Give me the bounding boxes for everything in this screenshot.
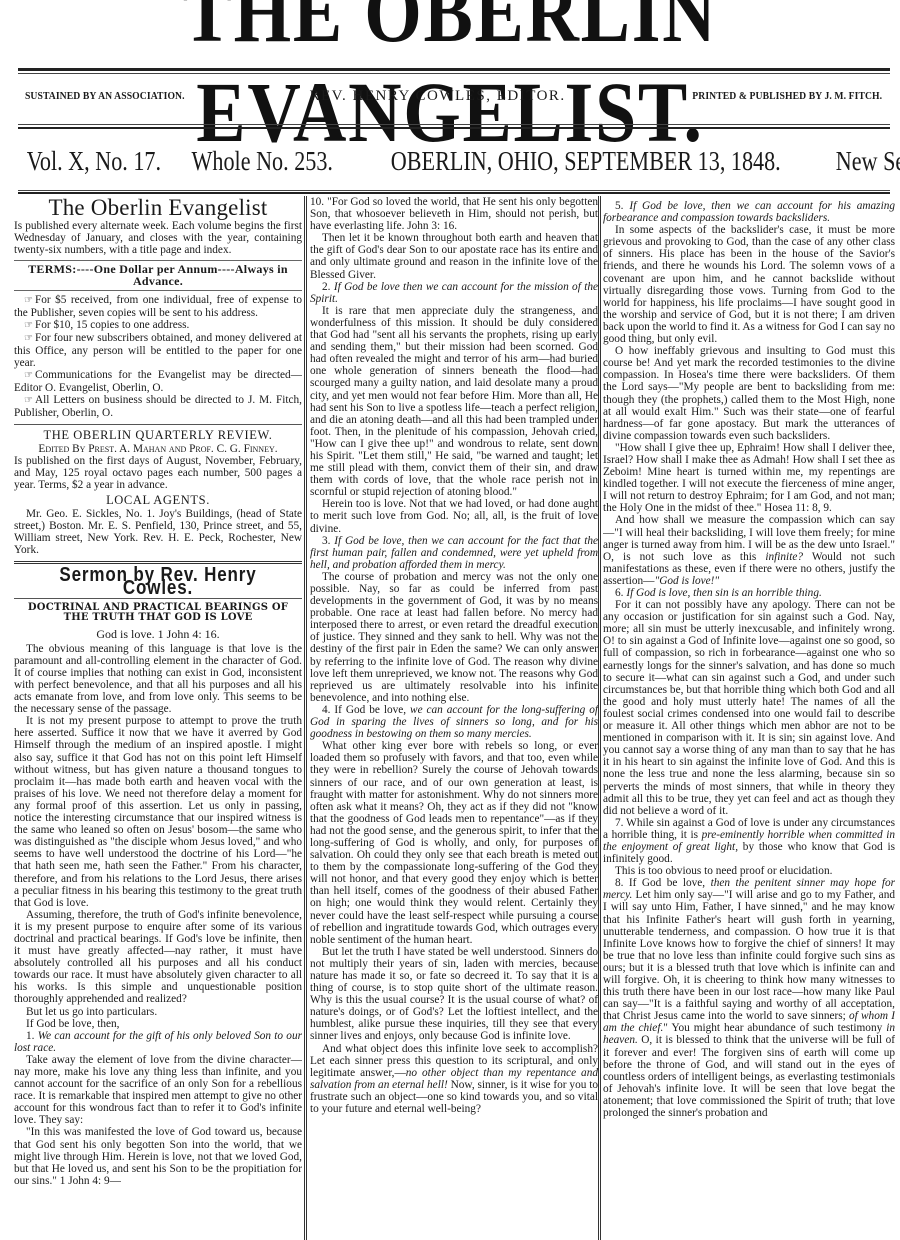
pointing-hand-icon: ☞ [24, 395, 33, 406]
paragraph: But let us go into particulars. [14, 1006, 302, 1018]
column-3: 5. If God be love, then we can account f… [603, 196, 895, 1240]
paragraph: Assuming, therefore, the truth of God's … [14, 909, 302, 1006]
sermon-subtitle: DOCTRINAL AND PRACTICAL BEARINGS OF THE … [20, 603, 296, 624]
column-rule-1 [304, 196, 307, 1240]
paragraph: But let the truth I have stated be well … [310, 946, 598, 1043]
pointing-hand-icon: ☞ [24, 295, 33, 306]
pointing-hand-icon: ☞ [24, 333, 33, 344]
masthead-rule-top-thin [18, 73, 890, 74]
paragraph: Herein too is love. Not that we had love… [310, 498, 598, 534]
paragraph: Then let it be known throughout both ear… [310, 232, 598, 280]
notice-item: ☞For four new subscribers obtained, and … [14, 332, 302, 369]
whole-number: Whole No. 253. [191, 146, 332, 177]
paragraph: Take away the element of love from the d… [14, 1054, 302, 1127]
paragraph: If God be love, then, [14, 1018, 302, 1030]
review-text: Is published on the first days of August… [14, 455, 302, 491]
notice-item: ☞All Letters on business should be direc… [14, 394, 302, 419]
paper-info-title: The Oberlin Evangelist [14, 202, 302, 214]
dateline-rule-1 [18, 190, 890, 191]
paragraph: For it can not possibly have any apology… [603, 599, 895, 817]
terms-line: TERMS:----One Dollar per Annum----Always… [14, 260, 302, 290]
subline-rule-2 [18, 127, 890, 129]
paragraph: It is rare that men appreciate duly the … [310, 305, 598, 499]
dateline: Vol. X, No. 17. Whole No. 253. OBERLIN, … [12, 141, 892, 181]
scripture-reference: God is love. 1 John 4: 16. [14, 628, 302, 640]
point-heading: 4. If God be love, we can account for th… [310, 704, 598, 740]
paragraph: What other king ever bore with rebels so… [310, 740, 598, 946]
paragraph: "How shall I give thee up, Ephraim! How … [603, 442, 895, 515]
paragraph: And what object does this infinite love … [310, 1043, 598, 1116]
column-rule-2 [598, 196, 601, 1240]
pointing-hand-icon: ☞ [24, 370, 33, 381]
masthead-rule-top [18, 68, 890, 71]
paragraph: This is too obvious to need proof or elu… [603, 865, 895, 877]
notice-item: ☞For $10, 15 copies to one address. [14, 319, 302, 332]
paragraph: In some aspects of the backslider's case… [603, 224, 895, 345]
association-text: SUSTAINED BY AN ASSOCIATION. [25, 91, 185, 102]
masthead-title: THE OBERLIN EVANGELIST. [63, 0, 837, 162]
agents-title: LOCAL AGENTS. [14, 494, 302, 506]
paragraph: "In this was manifested the love of God … [14, 1126, 302, 1186]
subline-rule-1 [18, 124, 890, 125]
agents-text: Mr. Geo. E. Sickles, No. 1. Joy's Buildi… [14, 508, 302, 556]
dateline-rule-2 [18, 192, 890, 194]
notice-item: ☞For $5 received, from one individual, f… [14, 294, 302, 319]
pointing-hand-icon: ☞ [24, 320, 33, 331]
column-1: The Oberlin Evangelist Is published ever… [14, 196, 302, 1240]
point-heading: 3. If God be love, then we can account f… [310, 535, 598, 571]
paragraph: It is not my present purpose to attempt … [14, 715, 302, 909]
column-2: 10. "For God so loved the world, that He… [310, 196, 598, 1240]
sermon-title: Sermon by Rev. Henry Cowles. [36, 569, 281, 593]
point-heading: 6. If God is love, then sin is an horrib… [603, 587, 895, 599]
paragraph: 7. While sin against a God of love is un… [603, 817, 895, 865]
paper-info-text: Is published every alternate week. Each … [14, 220, 302, 256]
paragraph: The course of probation and mercy was no… [310, 571, 598, 704]
divider [14, 424, 302, 425]
paragraph: 8. If God be love, then the penitent sin… [603, 877, 895, 1119]
point-heading: 1. We can account for the gift of his on… [14, 1030, 302, 1054]
review-title: THE OBERLIN QUARTERLY REVIEW. [14, 429, 302, 441]
paragraph: And how shall we measure the compassion … [603, 514, 895, 587]
place-date: OBERLIN, OHIO, SEPTEMBER 13, 1848. [391, 146, 781, 177]
paragraph: 10. "For God so loved the world, that He… [310, 196, 598, 232]
point-heading: 5. If God be love, then we can account f… [603, 200, 895, 224]
notice-item: ☞Communications for the Evangelist may b… [14, 369, 302, 394]
article-columns: The Oberlin Evangelist Is published ever… [10, 196, 895, 1240]
publisher-text: PRINTED & PUBLISHED BY J. M. FITCH. [692, 91, 882, 102]
masthead-subline: SUSTAINED BY AN ASSOCIATION. REV. HENRY … [18, 86, 890, 106]
volume-number: Vol. X, No. 17. [27, 146, 161, 177]
editor-text: REV. HENRY COWLES, EDITOR. [309, 88, 565, 105]
point-heading: 2. If God be love then we can account fo… [310, 281, 598, 305]
review-editors: Edited By Prest. A. Mahan and Prof. C. G… [14, 443, 302, 455]
paragraph: The obvious meaning of this language is … [14, 643, 302, 716]
paragraph: O how ineffably grievous and insulting t… [603, 345, 895, 442]
series-label: New Series, [836, 146, 900, 177]
